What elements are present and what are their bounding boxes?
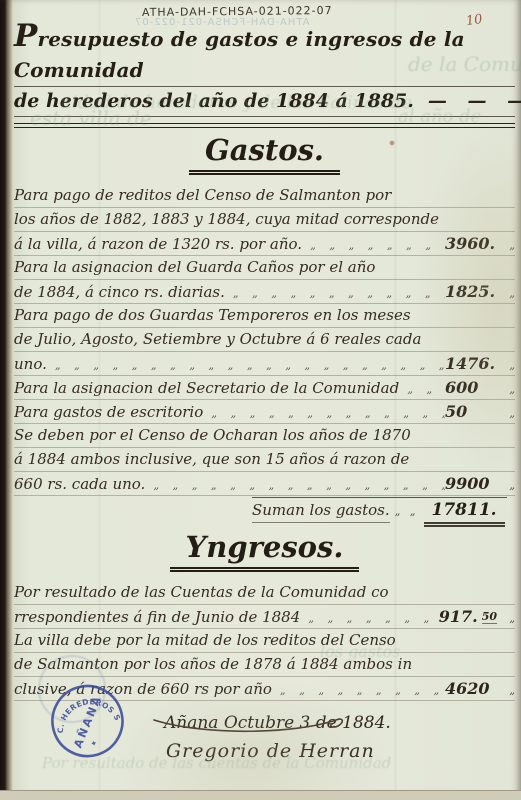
gastos-total-amount: 17811.	[424, 498, 505, 527]
stamp-star-icon: ✦	[89, 738, 98, 749]
entry-text: de 1884, á cinco rs. diarias.	[14, 281, 225, 304]
entry-text: Para la asignacion del Secretario de la …	[14, 377, 399, 400]
signature-flourish	[150, 713, 350, 737]
entry-amount-line: de 1884, á cinco rs. diarias. „ „ „ „ „ …	[14, 280, 515, 304]
entry-text-line: La villa debe por la mitad de los redito…	[14, 629, 515, 653]
entry-amount: 600	[445, 376, 497, 399]
entry-amount: 1825.	[445, 280, 497, 303]
entry-text-line: Para la asignacion del Guarda Caños por …	[14, 256, 515, 280]
trailing-mark: „	[497, 234, 515, 256]
leader-marks: „ „ „ „ „ „ „ „ „ „ „ „ „ „ „ „ „ „ „ „ …	[145, 474, 445, 496]
expense-entry-guarda-canos: Para la asignacion del Guarda Caños por …	[14, 256, 515, 304]
entry-amount: 1476.	[445, 352, 497, 375]
expense-entry-censo-ocharan: Se deben por el Censo de Ocharan los año…	[14, 424, 515, 496]
trailing-mark: „	[497, 607, 515, 629]
entry-text-line: los años de 1882, 1883 y 1884, cuya mita…	[14, 208, 515, 232]
leader-marks: „ „ „ „ „ „ „ „ „ „ „ „ „ „ „ „ „ „ „ „ …	[399, 378, 445, 400]
trailing-mark: „	[497, 354, 515, 376]
title-filler-dashes: — — — —	[428, 87, 521, 116]
page-bottom-edge	[0, 790, 521, 800]
income-entry-cuentas: Por resultado de las Cuentas de la Comun…	[14, 581, 515, 629]
trailing-mark: „	[497, 474, 515, 496]
document-title-line-1: Presupuesto de gastos e ingresos de la C…	[14, 21, 515, 87]
title-text: de herederos del año de 1884 á 1885.	[14, 87, 414, 116]
trailing-mark: „	[497, 282, 515, 304]
entry-amount-line: uno. „ „ „ „ „ „ „ „ „ „ „ „ „ „ „ „ „ „…	[14, 352, 515, 376]
entry-text: uno.	[14, 353, 47, 376]
entry-amount: 917.50	[439, 605, 497, 628]
gastos-section-heading: Gastos.	[189, 132, 340, 175]
trailing-mark: „	[497, 402, 515, 424]
leader-marks: „ „ „ „ „ „ „ „ „ „ „ „ „ „ „ „ „ „ „ „ …	[302, 234, 445, 256]
entry-text-line: Para pago de dos Guardas Temporeros en l…	[14, 304, 515, 328]
entry-amount-line: Para gastos de escritorio „ „ „ „ „ „ „ …	[14, 400, 515, 424]
expense-entry-guardas-temporeros: Para pago de dos Guardas Temporeros en l…	[14, 304, 515, 376]
expense-entry-escritorio: Para gastos de escritorio „ „ „ „ „ „ „ …	[14, 400, 515, 424]
gastos-total-label: Suman los gastos.	[252, 498, 390, 523]
entry-text-line: Para pago de reditos del Censo de Salman…	[14, 184, 515, 208]
trailing-mark: „	[497, 679, 515, 701]
entry-text: Para gastos de escritorio	[14, 401, 203, 424]
document-title-line-2: de herederos del año de 1884 á 1885. — —…	[14, 87, 515, 117]
entry-text: 660 rs. cada uno.	[14, 473, 145, 496]
entry-amount: 4620	[445, 677, 497, 700]
leader-marks: „ „ „ „ „ „ „ „ „ „ „ „ „ „ „ „ „ „ „ „ …	[300, 607, 438, 629]
total-leader-marks: „ „	[390, 500, 424, 524]
entry-text: á la villa, á razon de 1320 rs. por año.	[14, 233, 302, 256]
leader-marks: „ „ „ „ „ „ „ „ „ „ „ „ „ „ „ „ „ „ „ „ …	[203, 402, 445, 424]
entry-amount-line: 660 rs. cada uno. „ „ „ „ „ „ „ „ „ „ „ …	[14, 472, 515, 496]
expense-entry-secretario: Para la asignacion del Secretario de la …	[14, 376, 515, 400]
archival-reference: ATHA-DAH-FCHSA-021-022-07	[142, 4, 333, 19]
trailing-mark: „	[497, 378, 515, 400]
ingresos-section-heading: Yngresos.	[170, 529, 360, 572]
entry-amount-line: rrespondientes á fin de Junio de 1884 „ …	[14, 605, 515, 629]
expense-entry-censo-salmanton: Para pago de reditos del Censo de Salman…	[14, 184, 515, 256]
leader-marks: „ „ „ „ „ „ „ „ „ „ „ „ „ „ „ „ „ „ „ „ …	[47, 354, 445, 376]
entry-text-line: Por resultado de las Cuentas de la Comun…	[14, 581, 515, 605]
entry-text-line: á 1884 ambos inclusive, que son 15 años …	[14, 448, 515, 472]
entry-amount: 9900	[445, 472, 497, 495]
entry-amount: 3960.	[445, 232, 497, 255]
amount-cents: 50	[482, 610, 497, 624]
amount-units: 917.	[439, 607, 478, 626]
entry-amount: 50	[445, 400, 497, 423]
entry-text-line: Se deben por el Censo de Ocharan los año…	[14, 424, 515, 448]
page-number: 10	[465, 12, 483, 29]
leader-marks: „ „ „ „ „ „ „ „ „ „ „ „ „ „ „ „ „ „ „ „ …	[272, 679, 445, 701]
entry-text-line: de Julio, Agosto, Setiembre y Octubre á …	[14, 328, 515, 352]
entry-text: rrespondientes á fin de Junio de 1884	[14, 606, 300, 629]
gastos-total-row: Suman los gastos. „ „ 17811.	[252, 497, 507, 527]
top-annotation-row: ATHA-DAH-FCHSA-021-022-07 ATHA-DAH-FCHSA…	[14, 4, 515, 21]
double-rule	[14, 123, 515, 128]
entry-amount-line: á la villa, á razon de 1320 rs. por año.…	[14, 232, 515, 256]
entry-amount-line: Para la asignacion del Secretario de la …	[14, 376, 515, 400]
document-scan: ATHA-DAH-FCHSA-021-022-07 ATHA-DAH-FCHSA…	[0, 0, 521, 800]
leader-marks: „ „ „ „ „ „ „ „ „ „ „ „ „ „ „ „ „ „ „ „ …	[225, 282, 445, 304]
signature: Gregorio de Herran	[166, 738, 515, 764]
